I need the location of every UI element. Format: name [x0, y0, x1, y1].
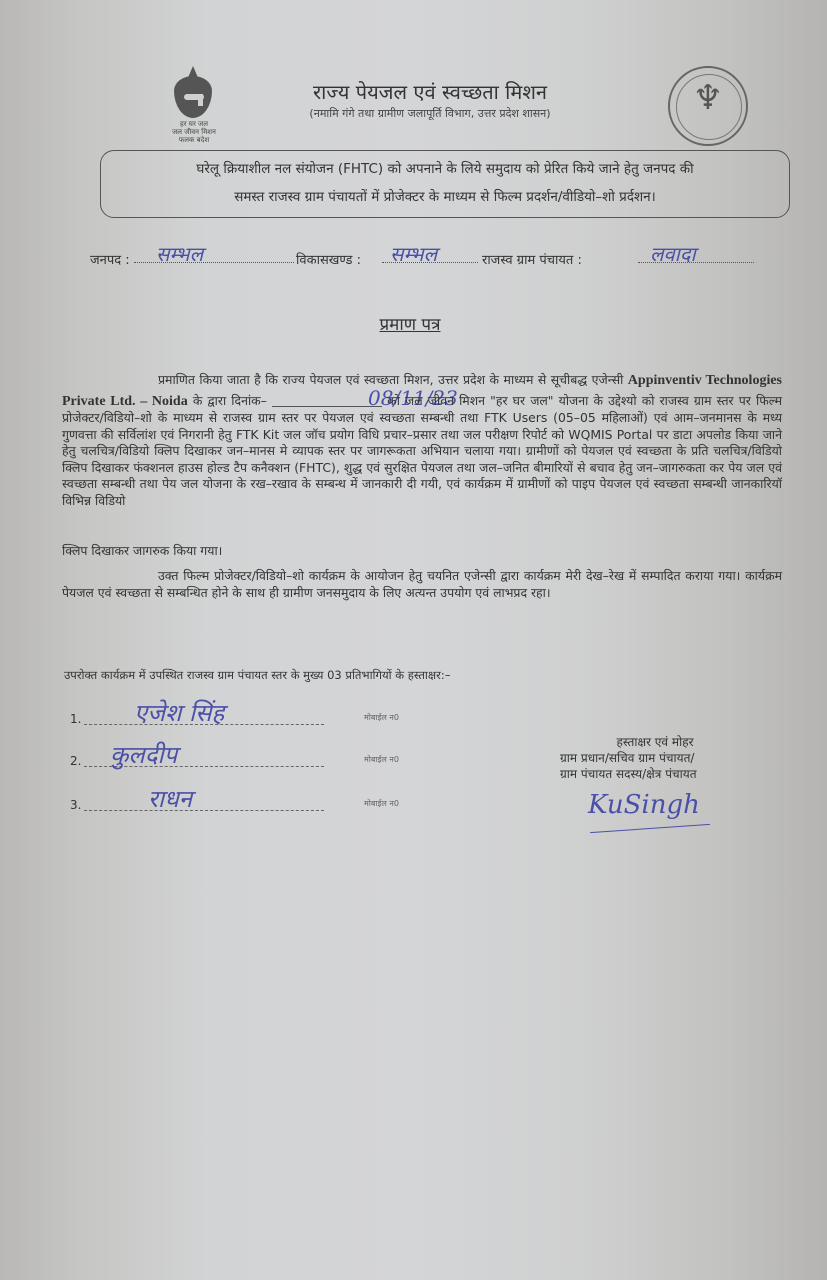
- authority-line-3: ग्राम पंचायत सदस्य/क्षेत्र पंचायत: [560, 766, 780, 782]
- participant-signature: राधन: [148, 782, 192, 815]
- authority-line-1: हस्ताक्षर एवं मोहर: [560, 734, 780, 750]
- participant-signature: कुलदीप: [110, 738, 177, 771]
- block-value: सम्भल: [390, 240, 437, 267]
- jal-jeevan-mission-logo: हर घर जल जल जीवन मिशन फलक बदेश: [166, 74, 222, 150]
- participant-row: 1. एजेश सिंह मोबाईल न0: [64, 702, 484, 732]
- mobile-label: मोबाईल न0: [364, 798, 399, 809]
- certificate-body-paragraph-1-end: क्लिप दिखाकर जागरुक किया गया।: [62, 543, 782, 560]
- panchayat-value: लवादा: [650, 240, 696, 267]
- authority-block: हस्ताक्षर एवं मोहर ग्राम प्रधान/सचिव ग्र…: [560, 734, 780, 782]
- panchayat-label: राजस्व ग्राम पंचायत :: [482, 250, 582, 268]
- subject-banner: घरेलू क्रियाशील नल संयोजन (FHTC) को अपना…: [100, 150, 790, 218]
- district-label: जनपद :: [90, 250, 130, 268]
- water-drop-tap-icon: [174, 76, 212, 118]
- event-date: 08/11/23: [272, 390, 382, 407]
- participant-signature: एजेश सिंह: [134, 696, 224, 729]
- authority-line-2: ग्राम प्रधान/सचिव ग्राम पंचायत/: [560, 750, 780, 766]
- banner-line-2: समस्त राजस्व ग्राम पंचायतों में प्रोजेक्…: [109, 187, 781, 205]
- certificate-body-paragraph-1: प्रमाणित किया जाता है कि राज्य पेयजल एवं…: [62, 372, 782, 509]
- uttar-pradesh-emblem-icon: ♆: [668, 66, 748, 146]
- banner-line-1: घरेलू क्रियाशील नल संयोजन (FHTC) को अपना…: [109, 159, 781, 177]
- certificate-body-paragraph-2: उक्त फिल्म प्रोजेक्टर/विडियो–शो कार्यक्र…: [62, 568, 782, 601]
- block-label: विकासखण्ड :: [296, 250, 361, 268]
- participant-row: 3. राधन मोबाईल न0: [64, 788, 484, 818]
- page-subtitle: (नमामि गंगे तथा ग्रामीण जलापूर्ति विभाग,…: [230, 106, 630, 121]
- authority-signature: KuSingh: [588, 790, 700, 820]
- participant-row: 2. कुलदीप मोबाईल न0: [64, 744, 484, 774]
- district-value: सम्भल: [156, 240, 203, 267]
- logo-caption: हर घर जल जल जीवन मिशन फलक बदेश: [166, 120, 222, 144]
- location-fields: जनपद : सम्भल विकासखण्ड : सम्भल राजस्व ग्…: [90, 244, 780, 274]
- participants-heading: उपरोक्त कार्यक्रम में उपस्थित राजस्व ग्र…: [64, 668, 464, 683]
- signature-underline: [590, 824, 710, 833]
- certificate-title: प्रमाण पत्र: [300, 312, 520, 335]
- mobile-label: मोबाईल न0: [364, 712, 399, 723]
- page-title: राज्य पेयजल एवं स्वच्छता मिशन: [240, 78, 620, 105]
- mobile-label: मोबाईल न0: [364, 754, 399, 765]
